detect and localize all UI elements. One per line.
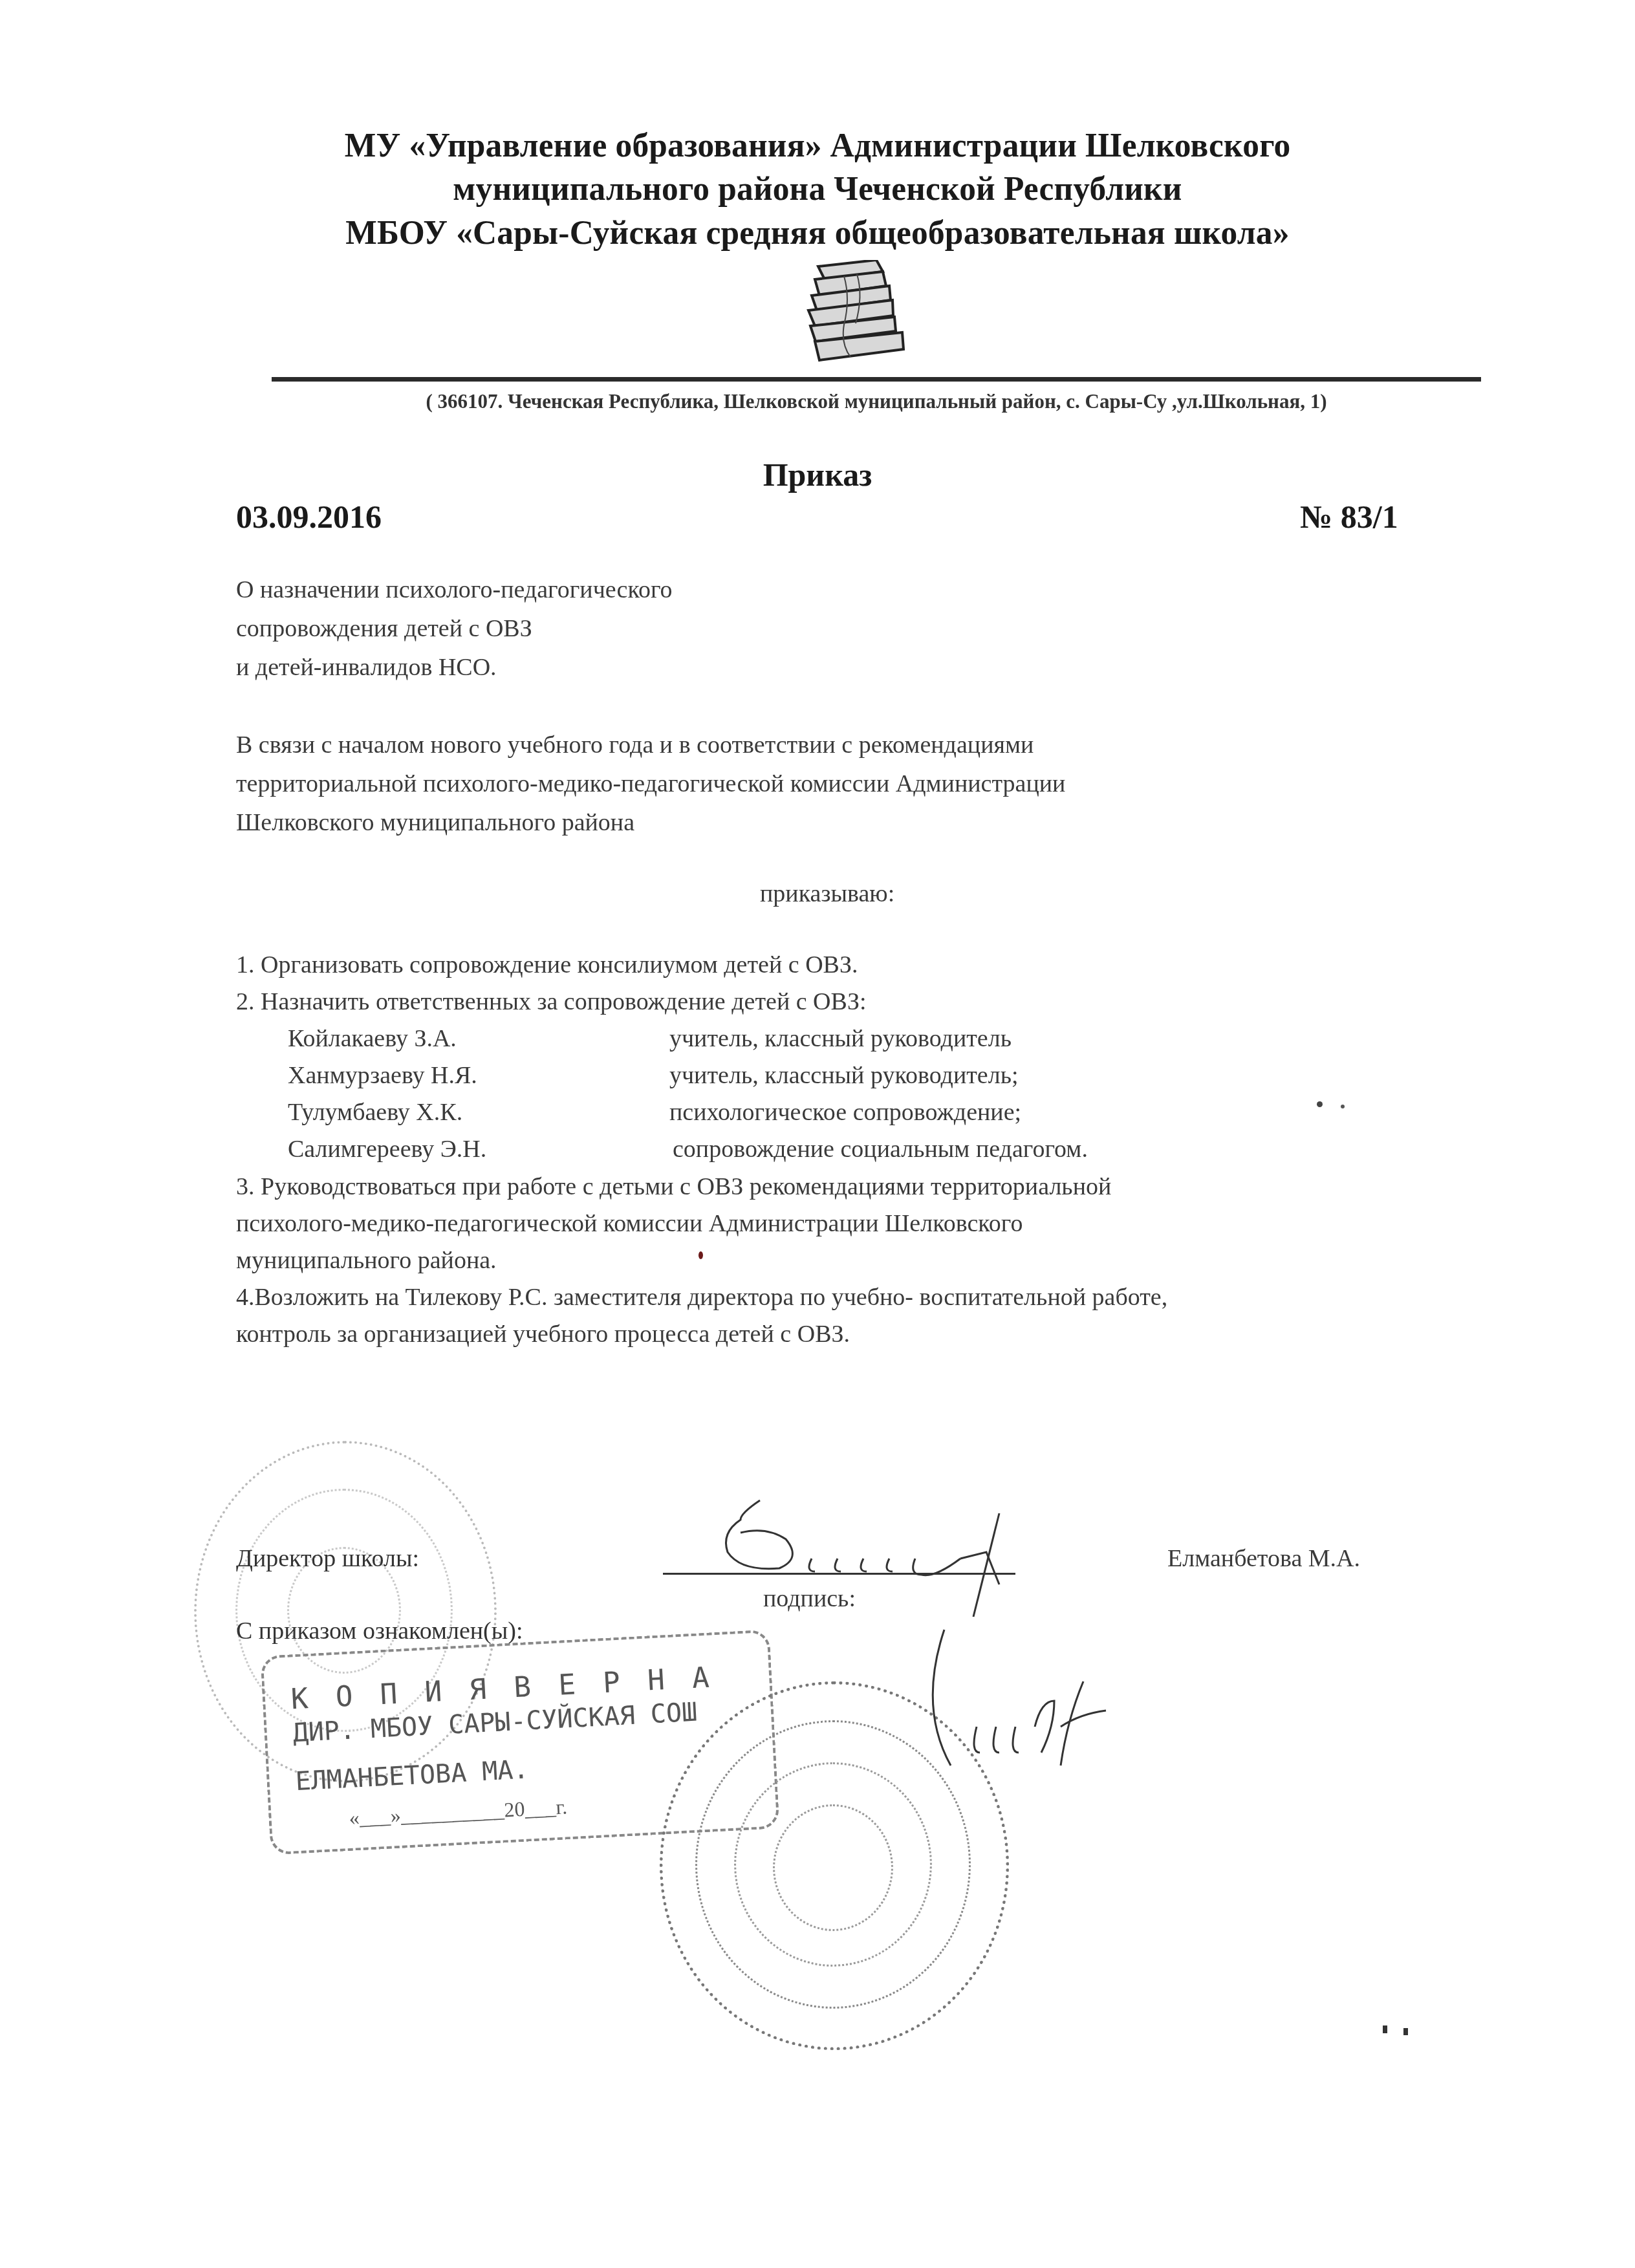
preamble-line-2: территориальной психолого-медико-педагог…	[236, 770, 1065, 798]
responsible-role: психологическое сопровождение;	[669, 1098, 1021, 1127]
director-signature	[715, 1487, 1025, 1617]
copy-stamp-date: «___»__________20___г.	[349, 1795, 568, 1830]
directive: приказываю:	[760, 880, 894, 908]
copy-stamp-line-3: ЕЛМАНБЕТОВА МА.	[295, 1755, 530, 1797]
responsible-name: Тулумбаеву Х.К.	[288, 1098, 462, 1127]
order-number: № 83/1	[1300, 498, 1398, 535]
responsible-role: сопровождение социальным педагогом.	[673, 1135, 1088, 1163]
item-4-line-1: 4.Возложить на Тилекову Р.С. заместителя…	[236, 1283, 1167, 1312]
ink-speck	[1341, 1105, 1345, 1108]
header-divider	[272, 377, 1481, 382]
ink-speck	[698, 1251, 703, 1259]
acquainted-label: С приказом ознакомлен(ы):	[236, 1617, 523, 1645]
ink-speck	[1383, 2025, 1387, 2033]
books-stack-icon	[779, 260, 918, 367]
director-name: Елманбетова М.А.	[1167, 1544, 1360, 1573]
school-address: ( 366107. Чеченская Республика, Шелковск…	[272, 390, 1481, 413]
item-3-line-1: 3. Руководствоваться при работе с детьми…	[236, 1172, 1111, 1201]
header-line-3: МБОУ «Сары-Суйская средняя общеобразоват…	[25, 213, 1610, 252]
item-3-line-2: психолого-медико-педагогической комиссии…	[236, 1209, 1023, 1238]
item-4-line-2: контроль за организацией учебного процес…	[236, 1320, 850, 1348]
director-label: Директор школы:	[236, 1544, 419, 1573]
ink-speck	[1403, 2028, 1408, 2035]
responsible-role: учитель, классный руководитель;	[669, 1061, 1019, 1090]
responsible-name: Салимгерееву Э.Н.	[288, 1135, 486, 1163]
order-date: 03.09.2016	[236, 498, 382, 535]
responsible-name: Койлакаеву З.А.	[288, 1024, 457, 1053]
subject-line-2: сопровождения детей с ОВЗ	[236, 614, 532, 643]
responsible-name: Ханмурзаеву Н.Я.	[288, 1061, 477, 1090]
preamble-line-1: В связи с началом нового учебного года и…	[236, 731, 1034, 759]
ink-speck	[1317, 1101, 1323, 1107]
subject-line-1: О назначении психолого-педагогического	[236, 576, 673, 604]
preamble-line-3: Шелковского муниципального района	[236, 808, 634, 837]
item-1: 1. Организовать сопровождение консилиумо…	[236, 951, 858, 979]
item-2: 2. Назначить ответственных за сопровожде…	[236, 988, 866, 1016]
header-line-2: муниципального района Чеченской Республи…	[25, 169, 1610, 208]
subject-line-3: и детей-инвалидов НСО.	[236, 653, 497, 682]
item-3-line-3: муниципального района.	[236, 1246, 497, 1275]
responsible-role: учитель, классный руководитель	[669, 1024, 1012, 1053]
acquaintance-signature	[938, 1617, 1106, 1772]
header-line-1: МУ «Управление образования» Администраци…	[25, 126, 1610, 165]
order-title: Приказ	[0, 456, 1635, 493]
